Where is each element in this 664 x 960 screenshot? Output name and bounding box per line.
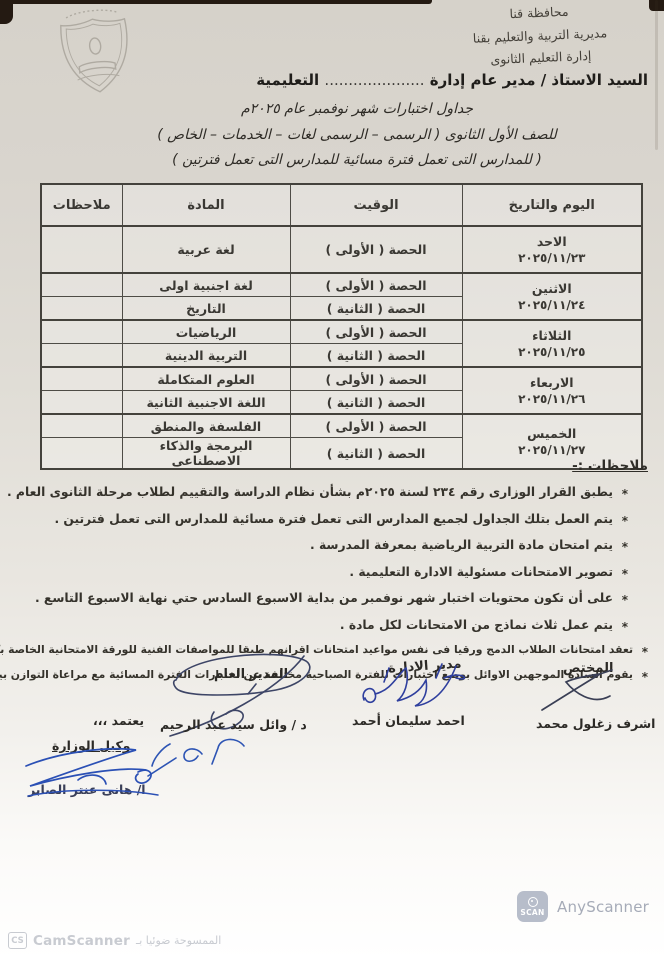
notes-heading: ملاحظات :- bbox=[572, 458, 648, 474]
table-row: الاربعاء ٢٠٢٥/١١/٢٦ الحصة ( الأولى ) الع… bbox=[41, 367, 642, 391]
subject-cell: العلوم المتكاملة bbox=[122, 367, 290, 391]
time-cell: الحصة ( الأولى ) bbox=[290, 273, 462, 297]
table-row: الخميس ٢٠٢٥/١١/٢٧ الحصة ( الأولى ) الفلس… bbox=[41, 414, 642, 438]
undersecretary-name-stroke bbox=[26, 786, 160, 800]
time-cell: الحصة ( الثانية ) bbox=[290, 344, 462, 368]
day-cell: الاربعاء ٢٠٢٥/١١/٢٦ bbox=[462, 367, 642, 414]
note-item: * على أن تكون محتويات اختبار شهر نوفمبر … bbox=[8, 585, 628, 612]
time-cell: الحصة ( الأولى ) bbox=[290, 320, 462, 344]
ministry-emblem bbox=[43, 3, 148, 105]
note-cell bbox=[41, 297, 122, 321]
asterisk-bullet: * bbox=[642, 640, 648, 665]
subject-cell: لغة عربية bbox=[122, 226, 290, 273]
table-row: الاثنين ٢٠٢٥/١١/٢٤ الحصة ( الأولى ) لغة … bbox=[41, 273, 642, 297]
camscanner-icon: CS bbox=[8, 932, 27, 949]
note-item: * يتم العمل بتلك الجداول لجميع المدارس ا… bbox=[8, 506, 628, 533]
note-cell bbox=[41, 344, 122, 368]
document-subtitle: جداول اختبارات شهر نوفمبر عام ٢٠٢٥م للصف… bbox=[90, 97, 624, 174]
note-item: * يتم امتحان مادة التربية الرياضية بمعرف… bbox=[8, 532, 628, 559]
camera-lens-icon bbox=[528, 897, 538, 907]
scan-edge-shadow bbox=[655, 0, 658, 150]
camscanner-brand-text: CamScanner bbox=[33, 933, 130, 949]
subject-cell: الرياضيات bbox=[122, 320, 290, 344]
day-cell: الاثنين ٢٠٢٥/١١/٢٤ bbox=[462, 273, 642, 320]
note-cell bbox=[41, 226, 122, 273]
asterisk-bullet: * bbox=[622, 508, 628, 535]
asterisk-bullet: * bbox=[622, 561, 628, 588]
specialist-signature bbox=[532, 668, 632, 722]
time-cell: الحصة ( الأولى ) bbox=[290, 226, 462, 273]
day-cell: الاحد ٢٠٢٥/١١/٢٣ bbox=[462, 226, 642, 273]
anyscanner-icon: SCAN bbox=[517, 891, 548, 922]
note-cell bbox=[41, 391, 122, 415]
time-cell: الحصة ( الثانية ) bbox=[290, 438, 462, 470]
header-notes: ملاحظات bbox=[41, 184, 122, 226]
subject-cell: البرمجة والذكاء الاصطناعى bbox=[122, 438, 290, 470]
addressee-suffix: التعليمية bbox=[256, 71, 319, 89]
admin-director-name: احمد سليمان أحمد bbox=[352, 713, 465, 728]
time-cell: الحصة ( الأولى ) bbox=[290, 414, 462, 438]
asterisk-bullet: * bbox=[642, 665, 648, 690]
table-row: الاحد ٢٠٢٥/١١/٢٣ الحصة ( الأولى ) لغة عر… bbox=[41, 226, 642, 273]
note-cell bbox=[41, 414, 122, 438]
exam-schedule-table: اليوم والتاريخ الوقيت المادة ملاحظات الا… bbox=[40, 183, 643, 470]
addressee-line: السيد الاستاذ / مدير عام إدارة .........… bbox=[256, 71, 648, 89]
approval-label: يعتمد ،،، bbox=[93, 713, 144, 728]
scanned-document-page: { "letterhead": { "governorate": "محافظة… bbox=[0, 0, 664, 960]
note-cell bbox=[41, 273, 122, 297]
header-day: اليوم والتاريخ bbox=[462, 184, 642, 226]
note-item: * يطبق القرار الوزارى رقم ٢٣٤ لسنة ٢٠٢٥م… bbox=[8, 479, 628, 506]
header-time: الوقيت bbox=[290, 184, 462, 226]
subject-cell: التاريخ bbox=[122, 297, 290, 321]
time-cell: الحصة ( الثانية ) bbox=[290, 297, 462, 321]
camscanner-watermark: CS CamScanner الممسوحة ضوئيا بـ bbox=[8, 932, 221, 949]
subject-cell: الفلسفة والمنطق bbox=[122, 414, 290, 438]
note-cell bbox=[41, 320, 122, 344]
note-cell bbox=[41, 438, 122, 470]
addressee-text: السيد الاستاذ / مدير عام إدارة bbox=[430, 71, 648, 89]
subject-cell: لغة اجنبية اولى bbox=[122, 273, 290, 297]
anyscanner-brand-text: AnyScanner bbox=[557, 898, 649, 916]
subtitle-line1: جداول اختبارات شهر نوفمبر عام ٢٠٢٥م bbox=[90, 97, 624, 123]
time-cell: الحصة ( الأولى ) bbox=[290, 367, 462, 391]
table-row: الثلاثاء ٢٠٢٥/١١/٢٥ الحصة ( الأولى ) الر… bbox=[41, 320, 642, 344]
camscanner-arabic-text: الممسوحة ضوئيا بـ bbox=[136, 934, 221, 947]
specialist-name: اشرف زغلول محمد bbox=[536, 716, 655, 731]
note-cell bbox=[41, 367, 122, 391]
subject-cell: اللغة الاجنبية الثانية bbox=[122, 391, 290, 415]
time-cell: الحصة ( الثانية ) bbox=[290, 391, 462, 415]
asterisk-bullet: * bbox=[622, 481, 628, 508]
asterisk-bullet: * bbox=[622, 614, 628, 641]
letterhead: محافظة قنا مديرية التربية والتعليم بقنا … bbox=[429, 0, 652, 74]
asterisk-bullet: * bbox=[622, 587, 628, 614]
table-header-row: اليوم والتاريخ الوقيت المادة ملاحظات bbox=[41, 184, 642, 226]
anyscanner-watermark: SCAN AnyScanner bbox=[517, 891, 649, 922]
addressee-dots: ..................... bbox=[324, 71, 424, 89]
scan-edge-strip bbox=[0, 0, 432, 4]
note-item: * يتم عمل ثلاث نماذج من الامتحانات لكل م… bbox=[8, 612, 628, 639]
scan-corner-mark bbox=[0, 0, 13, 24]
note-item: * تصوير الامتحانات مسئولية الادارة التعل… bbox=[8, 559, 628, 586]
subtitle-line2: للصف الأول الثانوى ( الرسمى – الرسمى لغا… bbox=[90, 123, 624, 149]
header-subject: المادة bbox=[122, 184, 290, 226]
asterisk-bullet: * bbox=[622, 534, 628, 561]
subject-cell: التربية الدينية bbox=[122, 344, 290, 368]
day-cell: الثلاثاء ٢٠٢٥/١١/٢٥ bbox=[462, 320, 642, 367]
subtitle-line3: ( للمدارس التى تعمل فترة مسائية للمدارس … bbox=[90, 148, 624, 174]
